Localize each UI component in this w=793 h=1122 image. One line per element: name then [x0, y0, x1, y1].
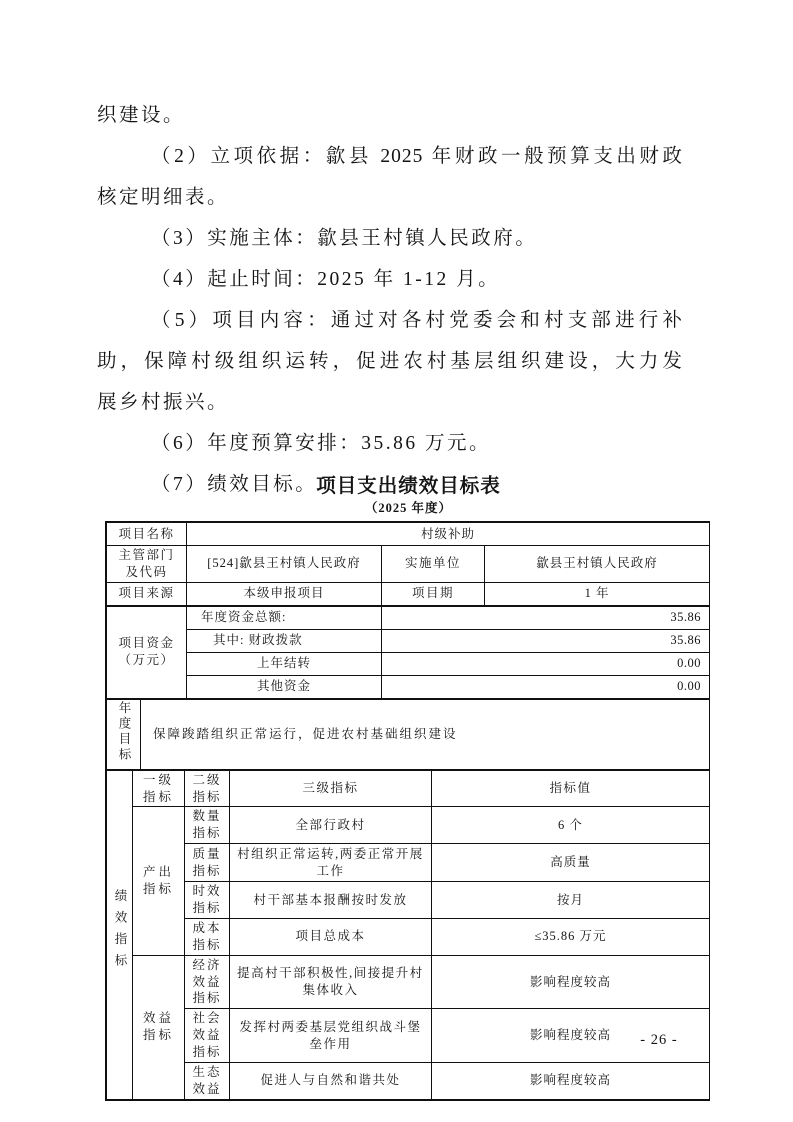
funds-row-label: 上年结转	[187, 652, 382, 675]
group-output-label: 产出指标	[133, 807, 185, 955]
indicator-l3: 村组织正常运转,两委正常开展工作	[230, 844, 432, 882]
indicators-label-text: 绩效指标	[111, 889, 128, 975]
table-row: 其他资金 0.00	[107, 675, 710, 698]
paragraph-line: （2）立项依据：歙县 2025 年财政一般预算支出财政	[97, 136, 683, 177]
impl-unit-label: 实施单位	[382, 546, 485, 583]
header-l3: 三级指标	[230, 770, 432, 807]
paragraph-line: （5）项目内容：通过对各村党委会和村支部进行补	[97, 300, 683, 341]
header-l2: 二级指标	[185, 770, 230, 807]
indicator-l3: 项目总成本	[230, 918, 432, 955]
annual-goal-section: 年度目标 保障踆踏组织正常运行，促进农村基础组织建设	[106, 699, 710, 770]
funds-row-value: 35.86	[382, 629, 710, 652]
table-row: 生态效益 促进人与自然和谐共处 影响程度较高	[107, 1062, 710, 1099]
funds-row-value: 0.00	[382, 652, 710, 675]
document-page: { "page": { "lines": [ {"text": "织建设。"},…	[0, 0, 793, 1122]
paragraph-line: 展乡村振兴。	[97, 382, 683, 423]
table-row: 项目名称 村级补助	[107, 523, 710, 546]
project-name-label: 项目名称	[107, 523, 187, 546]
funds-label: 项目资金 （万元）	[107, 606, 187, 698]
table-row: 质量指标 村组织正常运转,两委正常开展工作 高质量	[107, 844, 710, 882]
table-row: 项目资金 （万元） 年度资金总额: 35.86	[107, 606, 710, 629]
period-value: 1 年	[485, 582, 710, 605]
table-row: 效益指标 经济效益指标 提高村干部积极性,间接提升村集体收入 影响程度较高	[107, 955, 710, 1009]
table-row: 时效指标 村干部基本报酬按时发放 按月	[107, 882, 710, 919]
source-value: 本级申报项目	[187, 582, 382, 605]
indicator-l2: 质量指标	[185, 844, 230, 882]
indicator-value: 高质量	[432, 844, 710, 882]
indicators-section: 绩效指标 一级指标 二级指标 三级指标 指标值 产出指标 数量指标 全部行政村 …	[106, 770, 710, 1100]
table-title-block: 项目支出绩效目标表 （2025 年度）	[105, 474, 712, 517]
paragraph-line: （4）起止时间：2025 年 1-12 月。	[97, 259, 683, 300]
source-label: 项目来源	[107, 582, 187, 605]
funds-row-label: 年度资金总额:	[187, 606, 382, 629]
indicator-l2: 生态效益	[185, 1062, 230, 1099]
paragraph-line: （3）实施主体：歙县王村镇人民政府。	[97, 218, 683, 259]
header-l1: 一级指标	[133, 770, 185, 807]
impl-unit-value: 歙县王村镇人民政府	[485, 546, 710, 583]
table-subtitle: （2025 年度）	[105, 500, 712, 517]
table-title: 项目支出绩效目标表	[105, 474, 712, 500]
table-row: 成本指标 项目总成本 ≤35.86 万元	[107, 918, 710, 955]
indicator-l3: 促进人与自然和谐共处	[230, 1062, 432, 1099]
table-row: 主管部门 及代码 [524]歙县王村镇人民政府 实施单位 歙县王村镇人民政府	[107, 546, 710, 583]
indicator-l3: 提高村干部积极性,间接提升村集体收入	[230, 955, 432, 1009]
table-row: 产出指标 数量指标 全部行政村 6 个	[107, 807, 710, 844]
funds-row-value: 0.00	[382, 675, 710, 698]
funds-row-label: 其中: 财政拨款	[187, 629, 382, 652]
annual-goal-label: 年度目标	[107, 699, 141, 769]
indicator-l2: 数量指标	[185, 807, 230, 844]
funds-row-value: 35.86	[382, 606, 710, 629]
annual-goal-label-text: 年度目标	[115, 701, 132, 763]
indicator-l2: 经济效益指标	[185, 955, 230, 1009]
header-value: 指标值	[432, 770, 710, 807]
indicator-l3: 发挥村两委基层党组织战斗堡垒作用	[230, 1009, 432, 1063]
indicator-l2: 成本指标	[185, 918, 230, 955]
table-row: 项目来源 本级申报项目 项目期 1 年	[107, 582, 710, 605]
table-row: 其中: 财政拨款 35.86	[107, 629, 710, 652]
page-number: - 26 -	[599, 1032, 719, 1049]
dept-label: 主管部门 及代码	[107, 546, 187, 583]
body-paragraphs: 织建设。 （2）立项依据：歙县 2025 年财政一般预算支出财政 核定明细表。 …	[97, 95, 683, 505]
paragraph-line: 助，保障村级组织运转，促进农村基层组织建设，大力发	[97, 341, 683, 382]
indicators-label: 绩效指标	[107, 770, 133, 1099]
performance-target-table: 项目名称 村级补助 主管部门 及代码 [524]歙县王村镇人民政府 实施单位 歙…	[105, 521, 710, 1101]
indicator-l2: 社会效益指标	[185, 1009, 230, 1063]
funds-row-label: 其他资金	[187, 675, 382, 698]
group-benefit-label: 效益指标	[133, 955, 185, 1099]
table-row: 年度目标 保障踆踏组织正常运行，促进农村基础组织建设	[107, 699, 710, 769]
table-row: 上年结转 0.00	[107, 652, 710, 675]
indicator-value: 影响程度较高	[432, 955, 710, 1009]
indicator-value: 影响程度较高	[432, 1062, 710, 1099]
dept-value: [524]歙县王村镇人民政府	[187, 546, 382, 583]
indicator-l2: 时效指标	[185, 882, 230, 919]
project-info-section: 项目名称 村级补助 主管部门 及代码 [524]歙县王村镇人民政府 实施单位 歙…	[106, 522, 710, 606]
funds-section: 项目资金 （万元） 年度资金总额: 35.86 其中: 财政拨款 35.86 上…	[106, 606, 710, 699]
indicator-value: 6 个	[432, 807, 710, 844]
table-row: 绩效指标 一级指标 二级指标 三级指标 指标值	[107, 770, 710, 807]
paragraph-line: （6）年度预算安排：35.86 万元。	[97, 423, 683, 464]
indicator-value: ≤35.86 万元	[432, 918, 710, 955]
indicator-value: 按月	[432, 882, 710, 919]
indicator-l3: 全部行政村	[230, 807, 432, 844]
annual-goal-text: 保障踆踏组织正常运行，促进农村基础组织建设	[141, 699, 710, 769]
indicator-l3: 村干部基本报酬按时发放	[230, 882, 432, 919]
paragraph-line: 织建设。	[97, 95, 683, 136]
paragraph-line: 核定明细表。	[97, 177, 683, 218]
project-name-value: 村级补助	[187, 523, 710, 546]
period-label: 项目期	[382, 582, 485, 605]
